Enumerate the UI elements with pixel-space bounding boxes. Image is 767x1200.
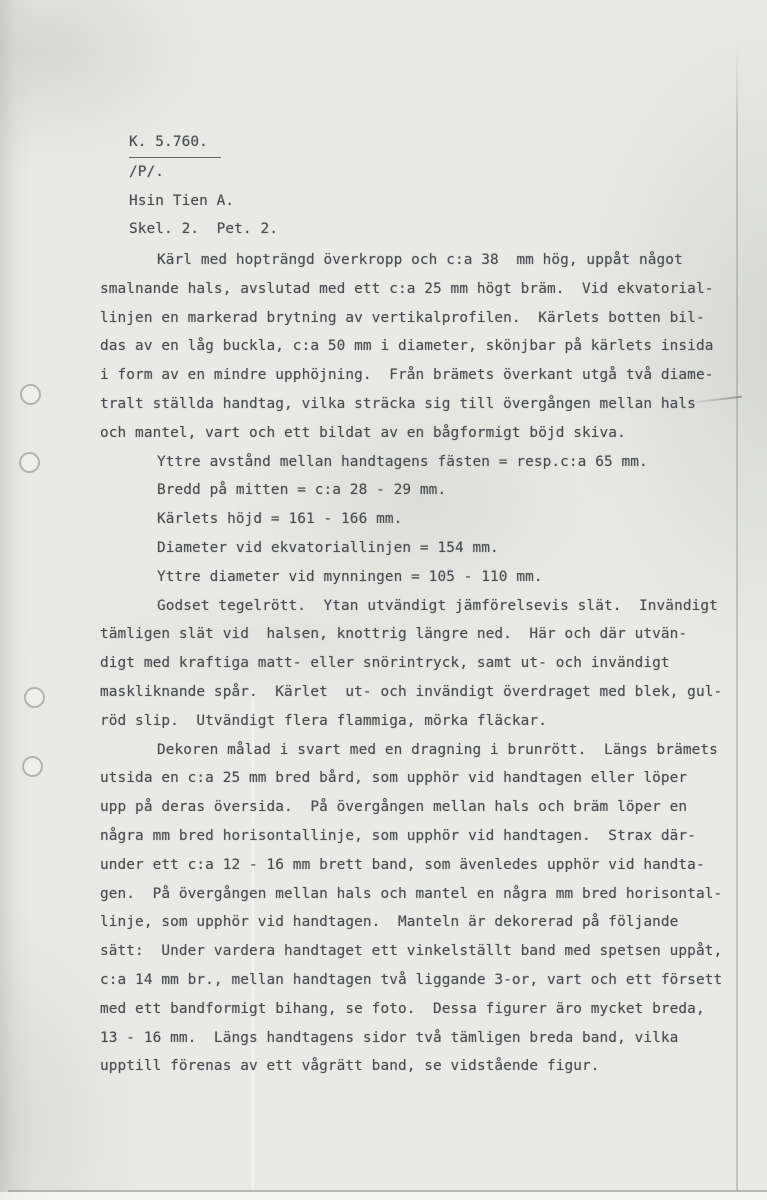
text-line: upptill förenas av ett vågrätt band, se …: [100, 1052, 722, 1081]
page-right-edge: [736, 48, 738, 1191]
specimen-mark: /P/.: [129, 158, 278, 187]
text-line: Bredd på mitten = c:a 28 - 29 mm.: [100, 476, 722, 505]
text-line: linje, som upphör vid handtagen. Manteln…: [100, 908, 722, 937]
text-line: några mm bred horisontallinje, som upphö…: [100, 822, 722, 851]
text-line: Kärlets höjd = 161 - 166 mm.: [100, 505, 722, 534]
punch-hole: [19, 452, 40, 473]
find-context: Skel. 2. Pet. 2.: [129, 215, 278, 244]
text-line: das av en låg buckla, c:a 50 mm i diamet…: [100, 332, 722, 361]
punch-hole: [20, 384, 41, 405]
text-line: upp på deras översida. På övergången mel…: [100, 793, 722, 822]
punch-hole: [22, 756, 43, 777]
text-line: tämligen slät vid halsen, knottrig längr…: [100, 620, 722, 649]
catalog-number: K. 5.760.: [129, 128, 278, 158]
text-line: Dekoren målad i svart med en dragning i …: [100, 736, 722, 765]
text-line: under ett c:a 12 - 16 mm brett band, som…: [100, 851, 722, 880]
text-line: Diameter vid ekvatoriallinjen = 154 mm.: [100, 534, 722, 563]
text-line: digt med kraftiga matt- eller snörintryc…: [100, 649, 722, 678]
text-line: sätt: Under vardera handtaget ett vinkel…: [100, 937, 722, 966]
text-line: Kärl med hopträngd överkropp och c:a 38 …: [100, 246, 722, 275]
text-line: gen. På övergången mellan hals och mante…: [100, 880, 722, 909]
text-line: utsida en c:a 25 mm bred bård, som upphö…: [100, 764, 722, 793]
text-line: Godset tegelrött. Ytan utvändigt jämföre…: [100, 592, 722, 621]
text-line: i form av en mindre upphöjning. Från brä…: [100, 361, 722, 390]
punch-hole: [24, 687, 45, 708]
document-header: K. 5.760. /P/. Hsin Tien A. Skel. 2. Pet…: [129, 128, 278, 244]
text-line: maskliknande spår. Kärlet ut- och invänd…: [100, 678, 722, 707]
text-line: c:a 14 mm br., mellan handtagen två ligg…: [100, 966, 722, 995]
document-body: Kärl med hopträngd överkropp och c:a 38 …: [100, 246, 722, 1081]
text-line: 13 - 16 mm. Längs handtagens sidor två t…: [100, 1024, 722, 1053]
text-line: linjen en markerad brytning av vertikalp…: [100, 304, 722, 333]
scanned-document-page: K. 5.760. /P/. Hsin Tien A. Skel. 2. Pet…: [0, 0, 767, 1200]
scanner-background: [0, 1192, 767, 1200]
catalog-number-underlined: K. 5.760.: [129, 128, 221, 158]
text-line: tralt ställda handtag, vilka sträcka sig…: [100, 390, 722, 419]
text-line: Yttre avstånd mellan handtagens fästen =…: [100, 448, 722, 477]
text-line: smalnande hals, avslutad med ett c:a 25 …: [100, 275, 722, 304]
site-name: Hsin Tien A.: [129, 187, 278, 216]
text-line: röd slip. Utvändigt flera flammiga, mörk…: [100, 707, 722, 736]
text-line: med ett bandformigt bihang, se foto. Des…: [100, 995, 722, 1024]
text-line: Yttre diameter vid mynningen = 105 - 110…: [100, 563, 722, 592]
text-line: och mantel, vart och ett bildat av en bå…: [100, 419, 722, 448]
